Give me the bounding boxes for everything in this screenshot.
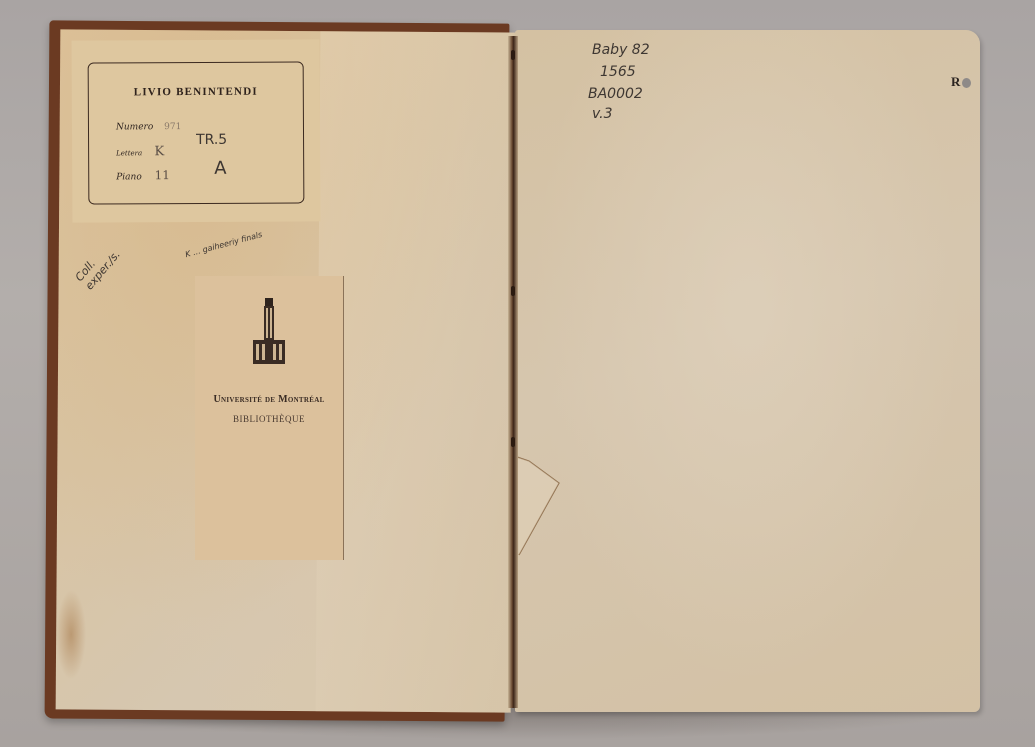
- library-department: BIBLIOTHÈQUE: [195, 414, 343, 424]
- shelfmark-line-1: Baby 82: [592, 42, 650, 58]
- pencil-note-a: A: [214, 158, 226, 179]
- owner-bookplate: LIVIO BENINTENDI Numero 971 Lettera K Pi…: [72, 39, 321, 222]
- pencil-note-tr5: TR.5: [196, 132, 227, 148]
- binding-stitch: [511, 286, 515, 296]
- field-numero: Numero 971: [116, 122, 181, 132]
- corner-mark: R: [951, 74, 960, 90]
- library-bookplate: Université de Montréal BIBLIOTHÈQUE: [195, 276, 344, 560]
- library-institution-name: Université de Montréal: [195, 394, 343, 405]
- flyleaf-page: [515, 30, 980, 712]
- shelfmark-line-2: 1565: [600, 64, 636, 80]
- water-stain: [56, 589, 87, 679]
- paper-fold: [316, 31, 516, 712]
- corner-dot: [962, 78, 971, 88]
- torn-corner: [515, 455, 561, 565]
- field-lettera: Lettera K: [116, 144, 164, 159]
- binding-stitch: [511, 437, 515, 447]
- spine-gutter: [508, 36, 518, 708]
- shelfmark-line-4: v.3: [592, 106, 613, 122]
- binding-stitch: [511, 50, 515, 60]
- bookplate-owner-name: LIVIO BENINTENDI: [72, 85, 320, 98]
- shelfmark-line-3: BA0002: [588, 86, 643, 102]
- field-piano: Piano 11: [116, 168, 170, 182]
- tower-icon: [249, 296, 289, 368]
